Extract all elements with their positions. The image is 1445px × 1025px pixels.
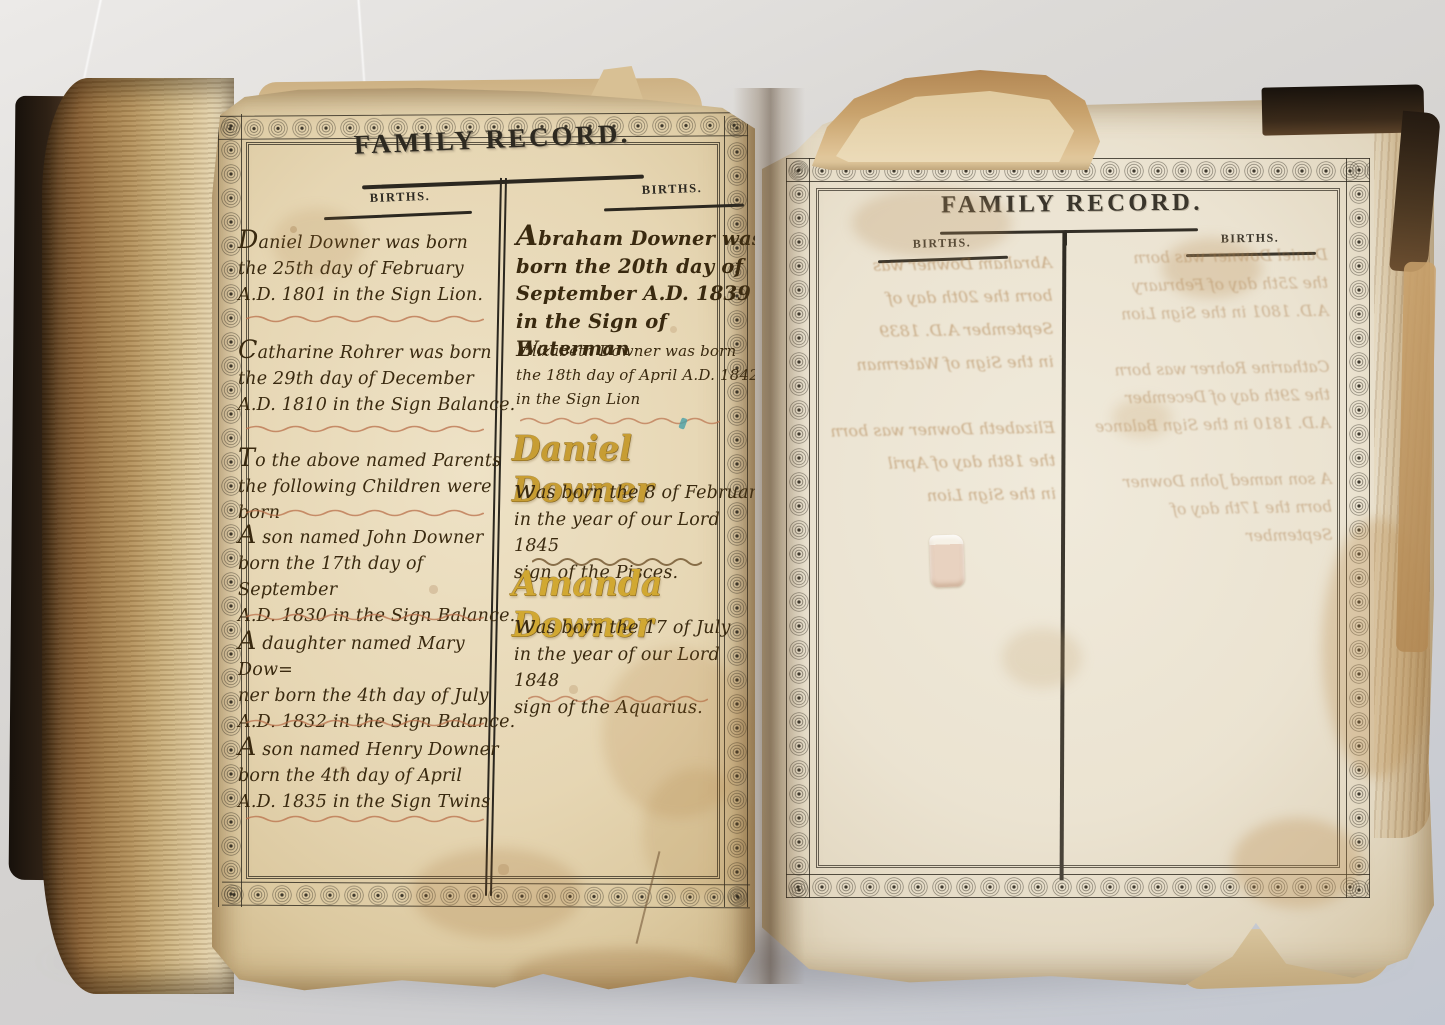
foxing-specks <box>252 168 255 171</box>
stain <box>1162 238 1262 298</box>
flourish-separator <box>246 718 484 728</box>
birth-entry: A son named Henry Downer born the 4th da… <box>238 733 520 815</box>
stain <box>1112 398 1172 438</box>
page-hole <box>929 534 965 587</box>
bleedthrough-text: Abraham Downer was born the 20th day of … <box>802 246 1057 514</box>
birth-entry: Elizabeth Downer was born the 18th day o… <box>516 338 766 411</box>
right-page: FAMILY RECORD. BIRTHS. BIRTHS. Abraham D… <box>762 98 1434 985</box>
stain <box>1002 628 1082 688</box>
binding-corner <box>1262 84 1425 135</box>
flourish-separator <box>246 424 484 434</box>
stain <box>852 188 1012 258</box>
page-stack-fore-edge <box>42 78 234 994</box>
stain <box>272 208 362 278</box>
stain <box>412 848 582 938</box>
stain <box>1232 818 1362 908</box>
stain <box>642 768 752 898</box>
birth-entry: Catharine Rohrer was born the 29th day o… <box>238 336 520 418</box>
photo-scene: FAMILY RECORD. BIRTHS. BIRTHS. Daniel Do… <box>0 0 1445 1025</box>
flourish-separator <box>246 508 484 518</box>
flourish-separator <box>246 612 484 622</box>
left-page: FAMILY RECORD. BIRTHS. BIRTHS. Daniel Do… <box>212 88 755 992</box>
flourish-separator <box>520 416 720 426</box>
flourish-separator <box>246 314 484 324</box>
flourish-separator <box>246 814 484 824</box>
